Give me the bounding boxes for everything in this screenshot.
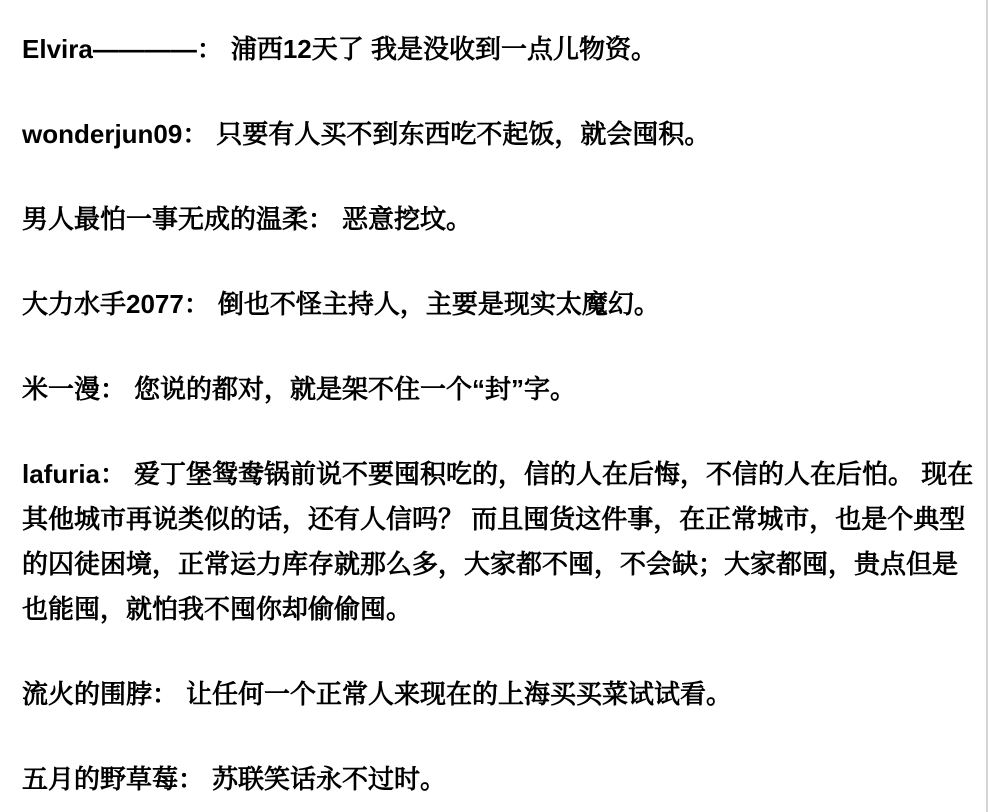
- username: Elvira————: [22, 34, 197, 64]
- username: 五月的野草莓: [22, 764, 178, 794]
- comment-item: 米一漫：您说的都对，就是架不住一个“封”字。: [22, 367, 984, 412]
- comment-text: 让任何一个正常人来现在的上海买买菜试试看。: [186, 679, 732, 709]
- username-colon: ：: [308, 204, 334, 234]
- username-colon: ：: [152, 679, 178, 709]
- username-colon: ：: [100, 374, 126, 404]
- username-colon: ：: [178, 764, 204, 794]
- username-colon: ：: [182, 119, 208, 149]
- username-colon: ：: [184, 289, 210, 319]
- comment-text: 苏联笑话永不过时。: [212, 764, 446, 794]
- username-colon: ：: [197, 34, 223, 64]
- comment-text: 倒也不怪主持人，主要是现实太魔幻。: [218, 289, 660, 319]
- username: wonderjun09: [22, 119, 182, 149]
- comment-text: 只要有人买不到东西吃不起饭，就会囤积。: [216, 119, 710, 149]
- username: 男人最怕一事无成的温柔: [22, 204, 308, 234]
- comment-text: 恶意挖坟。: [342, 204, 472, 234]
- username: 流火的围脖: [22, 679, 152, 709]
- window-edge-line: [986, 0, 988, 812]
- comments-page: Elvira————：浦西12天了 我是没收到一点儿物资。 wonderjun0…: [0, 0, 990, 812]
- comment-text: 爱丁堡鸳鸯锅前说不要囤积吃的，信的人在后悔，不信的人在后怕。 现在 其他城市再说…: [22, 459, 973, 624]
- comment-item: 男人最怕一事无成的温柔：恶意挖坟。: [22, 197, 984, 242]
- username-colon: ：: [100, 459, 126, 489]
- comment-item: Elvira————：浦西12天了 我是没收到一点儿物资。: [22, 27, 984, 72]
- comments-list: Elvira————：浦西12天了 我是没收到一点儿物资。 wonderjun0…: [0, 0, 990, 802]
- comment-item: 五月的野草莓：苏联笑话永不过时。: [22, 757, 984, 802]
- comment-item: wonderjun09：只要有人买不到东西吃不起饭，就会囤积。: [22, 112, 984, 157]
- comment-text: 您说的都对，就是架不住一个“封”字。: [134, 374, 576, 404]
- comment-text: 浦西12天了 我是没收到一点儿物资。: [231, 34, 657, 64]
- comment-item: 流火的围脖：让任何一个正常人来现在的上海买买菜试试看。: [22, 672, 984, 717]
- username: 大力水手2077: [22, 289, 184, 319]
- comment-item: 大力水手2077：倒也不怪主持人，主要是现实太魔幻。: [22, 282, 984, 327]
- username: lafuria: [22, 459, 100, 489]
- comment-item: lafuria：爱丁堡鸳鸯锅前说不要囤积吃的，信的人在后悔，不信的人在后怕。 现…: [22, 452, 984, 632]
- username: 米一漫: [22, 374, 100, 404]
